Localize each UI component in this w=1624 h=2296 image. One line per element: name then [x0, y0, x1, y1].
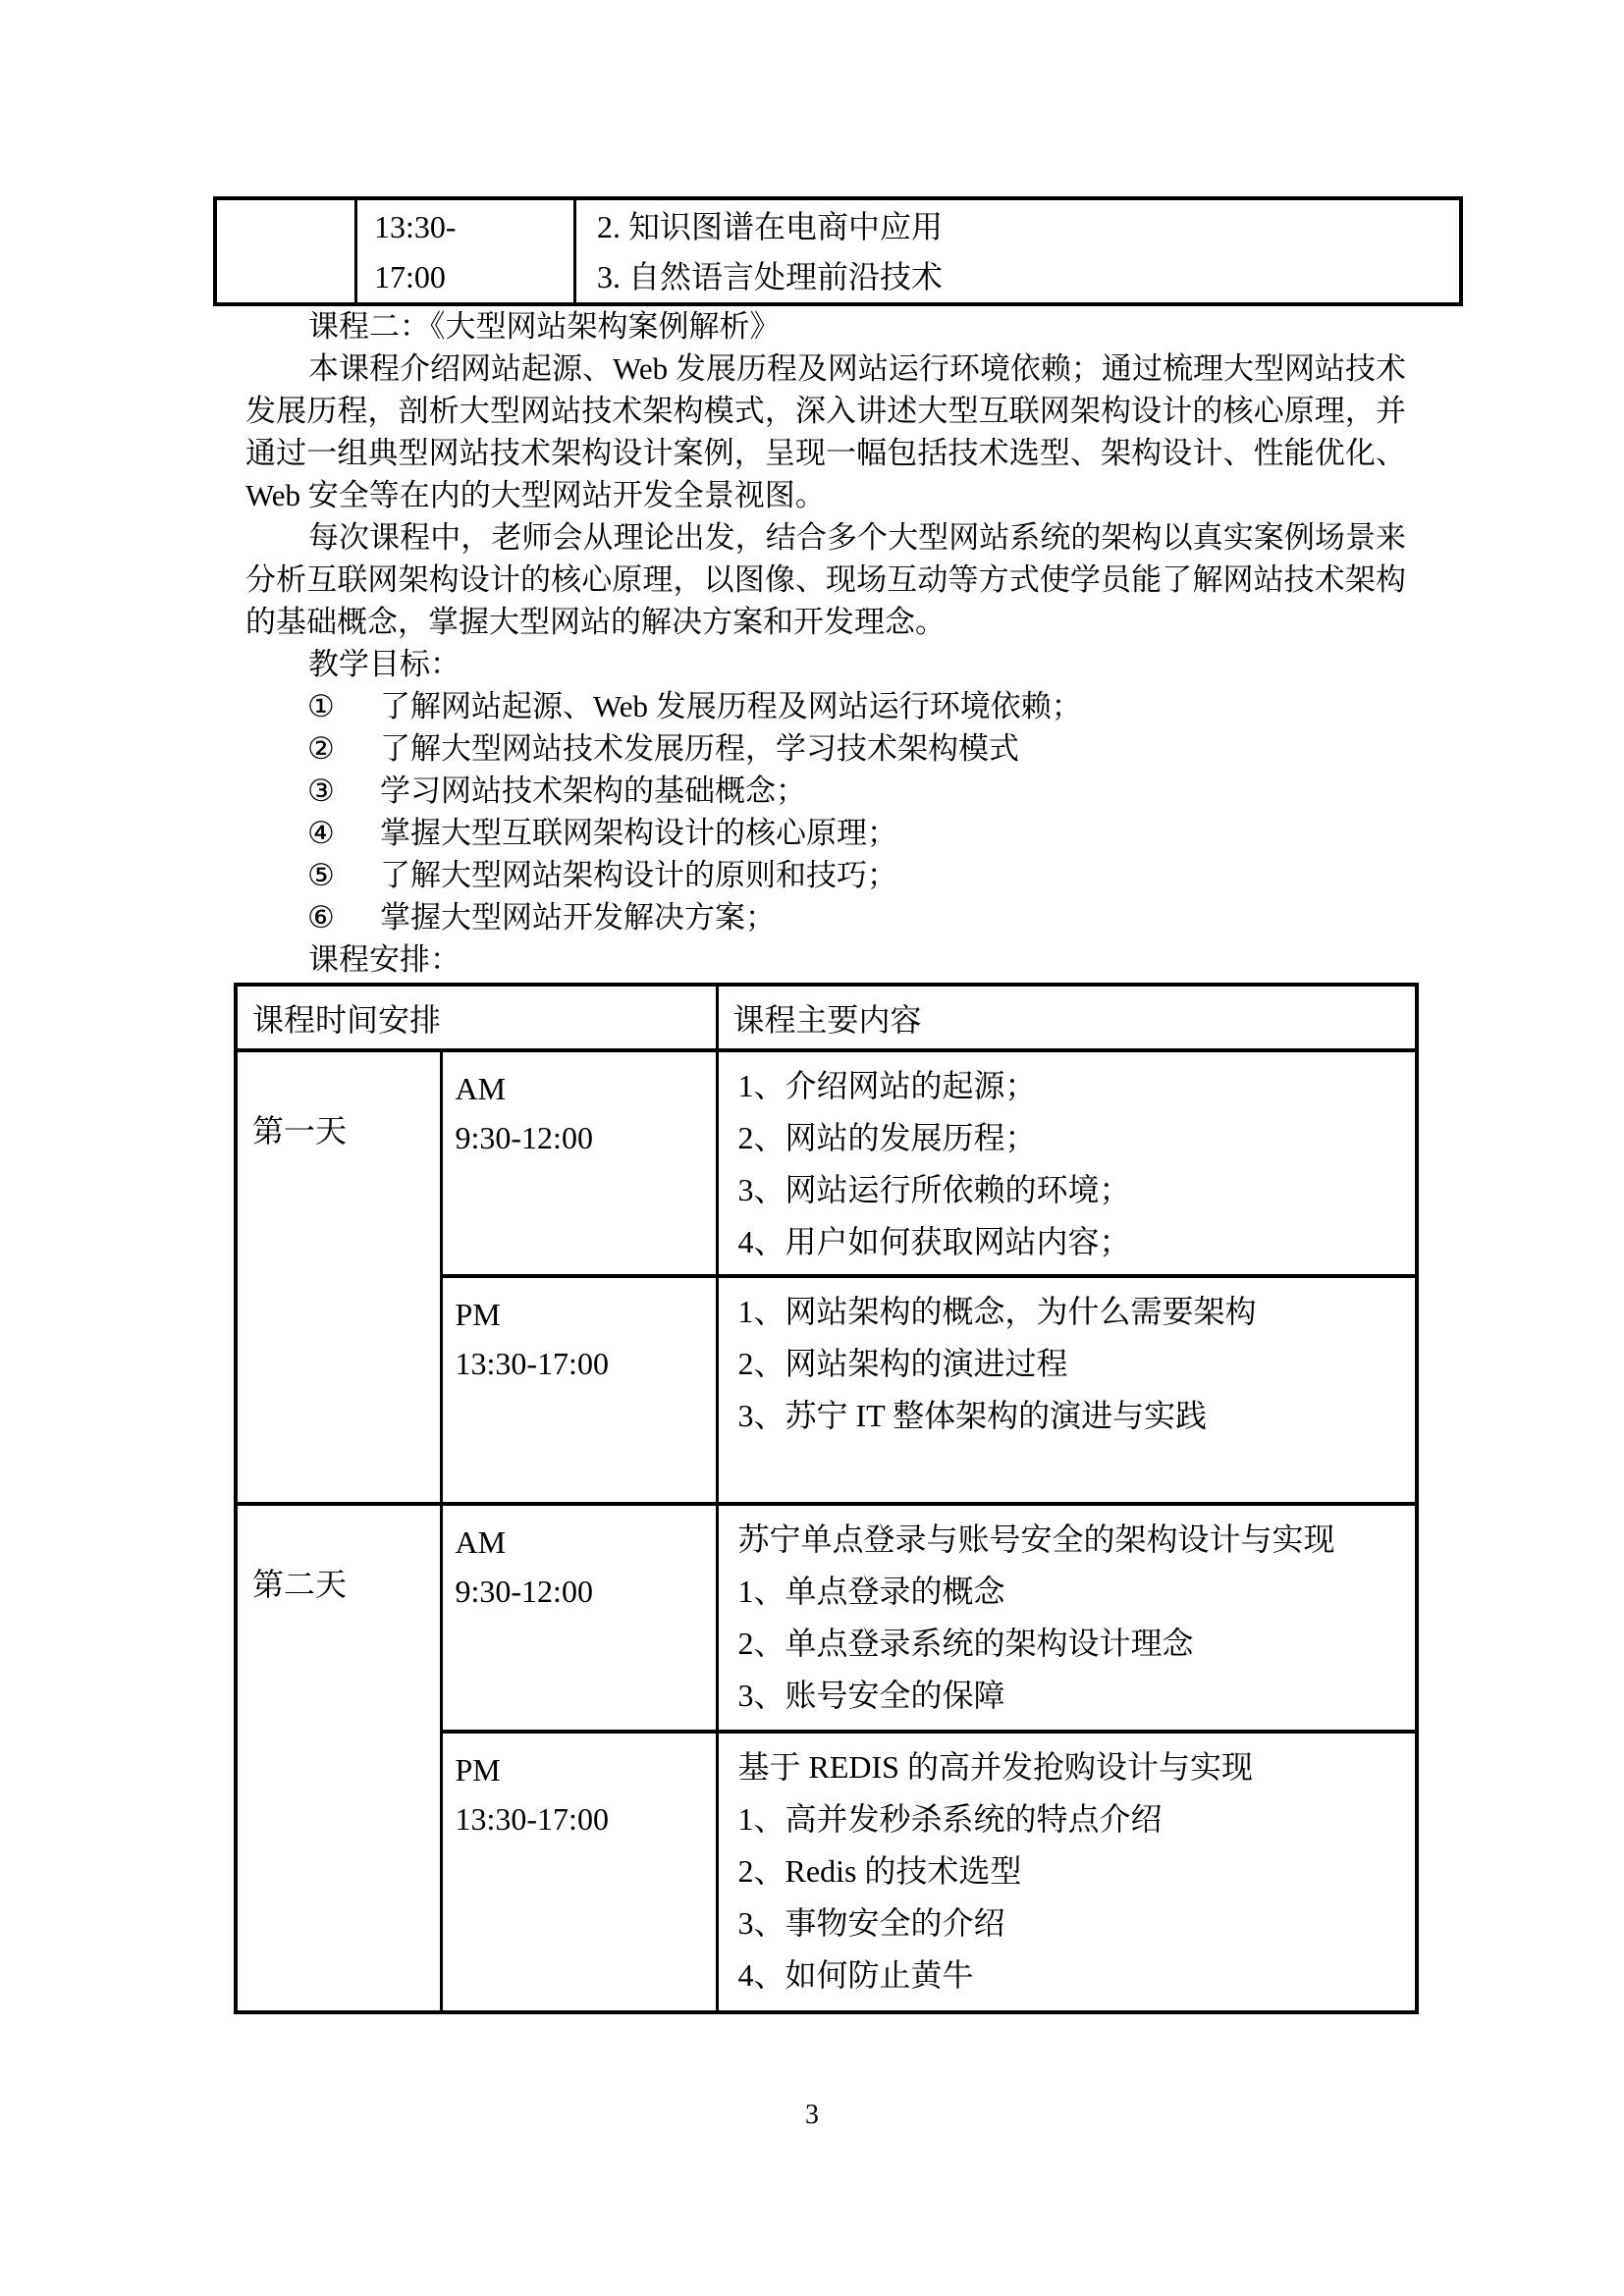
goal-item: ⑥ 掌握大型网站开发解决方案；: [245, 896, 1406, 938]
carryover-schedule-table: 13:30- 17:00 2. 知识图谱在电商中应用 3. 自然语言处理前沿技术: [213, 196, 1463, 306]
paragraph-line: 的基础概念，掌握大型网站的解决方案和开发理念。: [245, 601, 1406, 643]
course2-section: 课程二：《大型网站架构案例解析》 本课程介绍网站起源、Web 发展历程及网站运行…: [245, 305, 1406, 981]
header-time-arrangement: 课程时间安排: [236, 985, 717, 1050]
time-range: 9:30-12:00: [456, 1113, 716, 1162]
day1-label-cell: 第一天: [236, 1050, 441, 1504]
day2-label-cell: 第二天: [236, 1504, 441, 2012]
goal-item: ② 了解大型网站技术发展历程，学习技术架构模式: [245, 727, 1406, 770]
content-line: 1、单点登录的概念: [738, 1566, 1406, 1618]
carryover-content-cell: 2. 知识图谱在电商中应用 3. 自然语言处理前沿技术: [575, 198, 1462, 304]
header-main-content: 课程主要内容: [717, 985, 1417, 1050]
goals-label: 教学目标：: [245, 643, 1406, 685]
goal-text: 掌握大型网站开发解决方案；: [380, 896, 776, 938]
content-line: 3、事物安全的介绍: [738, 1897, 1406, 1949]
goal-text: 掌握大型互联网架构设计的核心原理；: [380, 812, 897, 854]
time-range: 13:30-17:00: [456, 1794, 716, 1843]
period-label: AM: [456, 1518, 716, 1567]
course-schedule-table: 课程时间安排 课程主要内容 第一天 AM 9:30-12:00 1、介绍网站的起…: [234, 983, 1419, 2014]
carryover-time-cell: 13:30- 17:00: [356, 198, 575, 304]
time-range: 13:30-17:00: [456, 1339, 716, 1388]
content-line: 4、如何防止黄牛: [738, 1949, 1406, 2002]
table-row-day1-am: 第一天 AM 9:30-12:00 1、介绍网站的起源； 2、网站的发展历程； …: [236, 1050, 1417, 1276]
page-number: 3: [0, 2099, 1624, 2132]
course2-heading: 课程二：《大型网站架构案例解析》: [245, 305, 1406, 347]
goal-text: 了解大型网站技术发展历程，学习技术架构模式: [380, 727, 1019, 770]
content-line: 1、网站架构的概念，为什么需要架构: [738, 1286, 1406, 1338]
day2-am-content-cell: 苏宁单点登录与账号安全的架构设计与实现 1、单点登录的概念 2、单点登录系统的架…: [717, 1504, 1417, 1732]
goal-number: ⑤: [307, 854, 380, 896]
content-line: 2、网站架构的演进过程: [738, 1338, 1406, 1390]
goal-item: ④ 掌握大型互联网架构设计的核心原理；: [245, 812, 1406, 854]
content-line: 3. 自然语言处理前沿技术: [597, 252, 1459, 302]
period-label: PM: [456, 1745, 716, 1794]
day1-pm-time-cell: PM 13:30-17:00: [441, 1276, 717, 1504]
goal-text: 学习网站技术架构的基础概念；: [380, 770, 806, 812]
paragraph-line: 分析互联网架构设计的核心原理，以图像、现场互动等方式使学员能了解网站技术架构: [245, 559, 1406, 601]
table-header-row: 课程时间安排 课程主要内容: [236, 985, 1417, 1050]
day2-pm-time-cell: PM 13:30-17:00: [441, 1732, 717, 2012]
content-line: 2、Redis 的技术选型: [738, 1845, 1406, 1897]
period-label: AM: [456, 1064, 716, 1113]
day1-pm-content-cell: 1、网站架构的概念，为什么需要架构 2、网站架构的演进过程 3、苏宁 IT 整体…: [717, 1276, 1417, 1504]
time-range: 9:30-12:00: [456, 1567, 716, 1616]
table-row: 13:30- 17:00 2. 知识图谱在电商中应用 3. 自然语言处理前沿技术: [215, 198, 1461, 304]
document-page: 13:30- 17:00 2. 知识图谱在电商中应用 3. 自然语言处理前沿技术…: [0, 0, 1624, 2296]
content-line: 基于 REDIS 的高并发抢购设计与实现: [738, 1741, 1406, 1793]
day1-am-time-cell: AM 9:30-12:00: [441, 1050, 717, 1276]
time-line: 17:00: [374, 252, 573, 302]
goal-number: ③: [307, 770, 380, 812]
content-line: 3、苏宁 IT 整体架构的演进与实践: [738, 1390, 1406, 1442]
day1-am-content-cell: 1、介绍网站的起源； 2、网站的发展历程； 3、网站运行所依赖的环境； 4、用户…: [717, 1050, 1417, 1276]
carryover-day-cell: [215, 198, 356, 304]
goal-number: ①: [307, 685, 380, 727]
goal-item: ③ 学习网站技术架构的基础概念；: [245, 770, 1406, 812]
content-line: 1、高并发秒杀系统的特点介绍: [738, 1793, 1406, 1845]
period-label: PM: [456, 1290, 716, 1339]
goal-number: ④: [307, 812, 380, 854]
content-line: 2、网站的发展历程；: [738, 1112, 1406, 1164]
goal-text: 了解网站起源、Web 发展历程及网站运行环境依赖；: [380, 685, 1082, 727]
paragraph-line: 发展历程，剖析大型网站技术架构模式，深入讲述大型互联网架构设计的核心原理，并: [245, 390, 1406, 432]
day2-am-time-cell: AM 9:30-12:00: [441, 1504, 717, 1732]
paragraph-line: Web 安全等在内的大型网站开发全景视图。: [245, 474, 1406, 516]
paragraph-line: 本课程介绍网站起源、Web 发展历程及网站运行环境依赖；通过梳理大型网站技术: [245, 347, 1406, 390]
time-line: 13:30-: [374, 202, 573, 252]
goal-number: ②: [307, 727, 380, 770]
goal-item: ⑤ 了解大型网站架构设计的原则和技巧；: [245, 854, 1406, 896]
day2-pm-content-cell: 基于 REDIS 的高并发抢购设计与实现 1、高并发秒杀系统的特点介绍 2、Re…: [717, 1732, 1417, 2012]
content-line: 4、用户如何获取网站内容；: [738, 1216, 1406, 1268]
paragraph-line: 通过一组典型网站技术架构设计案例，呈现一幅包括技术选型、架构设计、性能优化、: [245, 432, 1406, 474]
content-line: 1、介绍网站的起源；: [738, 1060, 1406, 1112]
content-line: 2、单点登录系统的架构设计理念: [738, 1618, 1406, 1670]
content-line: 3、网站运行所依赖的环境；: [738, 1164, 1406, 1216]
content-line: 2. 知识图谱在电商中应用: [597, 202, 1459, 252]
goal-item: ① 了解网站起源、Web 发展历程及网站运行环境依赖；: [245, 685, 1406, 727]
goal-number: ⑥: [307, 896, 380, 938]
schedule-label: 课程安排：: [245, 938, 1406, 981]
goal-text: 了解大型网站架构设计的原则和技巧；: [380, 854, 897, 896]
paragraph-line: 每次课程中，老师会从理论出发，结合多个大型网站系统的架构以真实案例场景来: [245, 516, 1406, 559]
content-line: 苏宁单点登录与账号安全的架构设计与实现: [738, 1514, 1406, 1566]
table-row-day2-am: 第二天 AM 9:30-12:00 苏宁单点登录与账号安全的架构设计与实现 1、…: [236, 1504, 1417, 1732]
content-line: 3、账号安全的保障: [738, 1670, 1406, 1722]
